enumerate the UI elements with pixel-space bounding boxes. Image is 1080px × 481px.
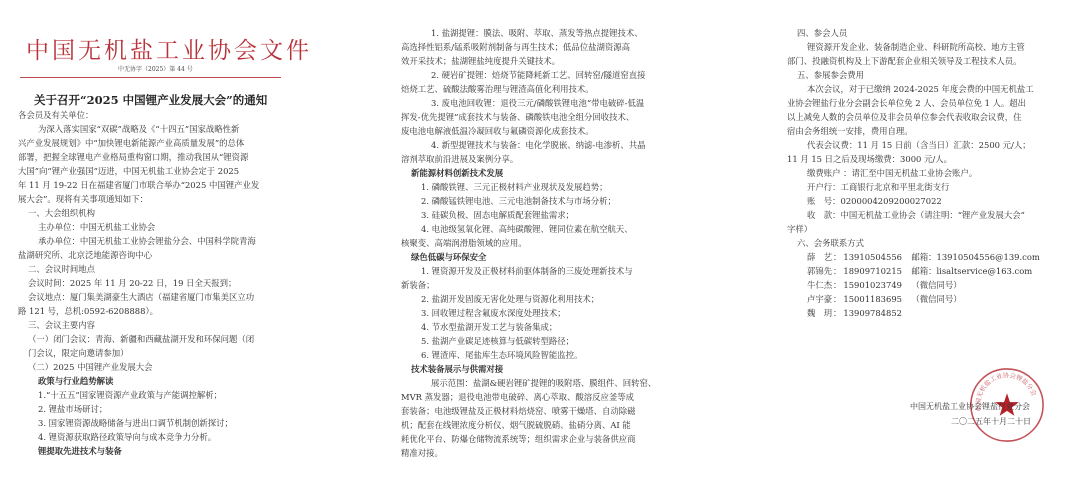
- text-line: MVR 蒸发器；退役电池带电破碎、离心萃取、酸溶反应釜等成: [401, 390, 671, 404]
- text-line: 以上减免人数的会员单位及非会员单位参会代表收取会议费，住: [787, 110, 1057, 124]
- text-line: 盐湖研究所、北京泛地能源咨询中心: [18, 248, 288, 262]
- text-line: 技术装备展示与供需对接: [401, 362, 671, 376]
- text-line: 2. 硬岩矿提锂：焙烧节能降耗新工艺、回转窑/隧道窑直接: [401, 68, 671, 82]
- text-line: 高选择性铝系/锰系吸附剂制备与再生技术；低品位盐湖资源高: [401, 40, 671, 54]
- text-line: 新能源材料创新技术发展: [401, 166, 671, 180]
- text-line: 6. 锂渣库、尾盐库生态环境风险智能监控。: [401, 348, 671, 362]
- contact-name: 薛 艺: [807, 250, 833, 264]
- separator: ：: [833, 294, 841, 304]
- notice-title: 关于召开“2025 中国锂产业发展大会”的通知: [34, 92, 267, 108]
- text-line: 开户行：工商银行北京和平里北街支行: [787, 180, 1057, 194]
- text-line: 4. 节水型盐湖开发工艺与装备集成；: [401, 320, 671, 334]
- text-line: 精准对接。: [401, 446, 671, 460]
- contact-name: 卢宇豪: [807, 292, 833, 306]
- text-line: 收 款：中国无机盐工业协会（请注明：“锂产业发展大会”: [787, 208, 1057, 222]
- header-red-rule: [20, 77, 281, 78]
- text-line: 缴费账户 ：请汇至中国无机盐工业协会账户。: [787, 166, 1057, 180]
- text-line: 焙烧工艺、硫酸法酸雾治理与锂渣高值化利用技术。: [401, 82, 671, 96]
- contact-email-label: 邮箱：: [911, 264, 936, 278]
- text-line: 年 11 月 19-22 日在福建省厦门市联合举办“2025 中国锂产业发: [18, 178, 288, 192]
- text-line: 机；配套在线锂浓度分析仪、烟气脱硫脱硝、盐硝分离、AI 能: [401, 418, 671, 432]
- separator: ：: [833, 252, 841, 262]
- page-1-body: 各会员及有关单位：为深入落实国家“双碳”战略及《“十四五”国家战略性新兴产业发展…: [18, 108, 288, 458]
- text-line: 2. 磷酸锰铁锂电池、三元电池制备技术与市场分析；: [401, 194, 671, 208]
- separator: ：: [833, 280, 841, 290]
- page-2-body: 1. 盐湖提锂：膜法、吸附、萃取、蒸发等热点提锂技术、高选择性铝系/锰系吸附剂制…: [401, 26, 671, 460]
- text-line: 大国”向“锂产业强国”迈进，中国无机盐工业协会定于 2025: [18, 164, 288, 178]
- page-3-body: 四、参会人员锂资源开发企业、装备制造企业、科研院所高校、地方主管部门、投融资机构…: [787, 26, 1057, 250]
- text-line: 部署，把握全球锂电产业格局重构窗口期，推动我国从“锂资源: [18, 150, 288, 164]
- text-line: 三、会议主要内容: [18, 318, 288, 332]
- text-line: 1.“十五五”国家锂资源产业政策与产能调控解析；: [18, 388, 288, 402]
- separator: ：: [833, 266, 841, 276]
- text-line: 新装备；: [401, 278, 671, 292]
- text-line: 绿色低碳与环保安全: [401, 250, 671, 264]
- signature-date: 二〇二五年十月二十日: [951, 416, 1031, 427]
- text-line: 一、大会组织机构: [18, 206, 288, 220]
- text-line: 4. 新型提锂技术与装备：电化学脱嵌、纳滤-电渗析、共晶: [401, 138, 671, 152]
- text-line: 字样）: [787, 222, 1057, 236]
- text-line: 二、会议时间地点: [18, 262, 288, 276]
- text-line: 账 号：0200004209200027022: [787, 194, 1057, 208]
- text-line: 3. 回收锂过程含氟废水深度处理技术；: [401, 306, 671, 320]
- text-line: 六、会务联系方式: [787, 236, 1057, 250]
- separator: ：: [833, 308, 841, 318]
- text-line: 锂提取先进技术与装备: [18, 444, 288, 458]
- signature-organization: 中国无机盐工业协会锂盐行业分会: [910, 401, 1030, 412]
- text-line: 效开采技术；盐湖锂盐纯度提升关键技术。: [401, 54, 671, 68]
- text-line: 溶剂萃取前沿进展及案例分享。: [401, 152, 671, 166]
- contact-phone: 13910504556: [841, 250, 911, 264]
- text-line: 2. 锂盐市场研讨；: [18, 402, 288, 416]
- text-line: 废电池电解液低温冷凝回收与氟磷资源化成套技术。: [401, 124, 671, 138]
- text-line: 部门、投融资机构及上下游配套企业相关领导及工程技术人员。: [787, 54, 1057, 68]
- text-line: 1. 盐湖提锂：膜法、吸附、萃取、蒸发等热点提锂技术、: [401, 26, 671, 40]
- contact-name: 牛仁杰: [807, 278, 833, 292]
- text-line: 代表会议费：11 月 15 日前（含当日）汇款：2500 元/人；: [787, 138, 1057, 152]
- text-line: 1. 锂资源开发及正极材料前驱体制备的三废处理新技术与: [401, 264, 671, 278]
- text-line: 宿由会务组统一安排，费用自理。: [787, 124, 1057, 138]
- text-line: 核聚变、高端润滑脂领域的应用。: [401, 236, 671, 250]
- document-number: 中无协字（2025）第 44 号: [118, 64, 193, 73]
- text-line: 耗优化平台、防爆仓储物流系统等；组织需求企业与装备供应商: [401, 432, 671, 446]
- text-line: 11 月 15 日之后及现场缴费：3000 元/人。: [787, 152, 1057, 166]
- text-line: 3. 硅碳负极、固态电解质配套锂盐需求；: [401, 208, 671, 222]
- contact-row: 薛 艺：13910504556邮箱：13910504556@139.com: [787, 250, 1057, 264]
- text-line: 承办单位：中国无机盐工业协会锂盐分会、中国科学院青海: [18, 234, 288, 248]
- text-line: 业协会锂盐行业分会副会长单位免 2 人、会员单位免 1 人。超出: [787, 96, 1057, 110]
- document-page-1: 中国无机盐工业协会文件 中无协字（2025）第 44 号 关于召开“2025 中…: [0, 0, 360, 481]
- contact-list: 薛 艺：13910504556邮箱：13910504556@139.com郭锦先…: [787, 250, 1057, 320]
- text-line: 本次会议，对于已缴纳 2024-2025 年度会费的中国无机盐工: [787, 82, 1057, 96]
- text-line: 四、参会人员: [787, 26, 1057, 40]
- contact-email-label: 邮箱：: [911, 250, 936, 264]
- contact-phone: 15001183695: [841, 292, 911, 306]
- text-line: 1. 磷酸铁锂、三元正极材料产业现状及发展趋势；: [401, 180, 671, 194]
- text-line: （一）闭门会议：青海、新疆和西藏盐湖开发和环保问题（闭: [18, 332, 288, 346]
- contact-row: 魏 玥：13909784852: [787, 306, 1057, 320]
- text-line: 会议时间：2025 年 11 月 20-22 日，19 日全天报到；: [18, 276, 288, 290]
- text-line: 主办单位：中国无机盐工业协会: [18, 220, 288, 234]
- contact-row: 牛仁杰：15901023749（微信同号）: [787, 278, 1057, 292]
- text-line: 兴产业发展规划》中“加快锂电新能源产业高质量发展”的总体: [18, 136, 288, 150]
- contact-phone: 15901023749: [841, 278, 911, 292]
- text-line: 展大会”。现将有关事项通知如下：: [18, 192, 288, 206]
- text-line: 3. 废电池回收锂：退役三元/磷酸铁锂电池“带电破碎-低温: [401, 96, 671, 110]
- text-line: 4. 电池级氢氧化锂、高纯碳酸锂、锂同位素在航空航天、: [401, 222, 671, 236]
- text-line: 套装备；电池级锂盐及正极材料焙烧窑、喷雾干燥塔、自动除磁: [401, 404, 671, 418]
- document-header-title: 中国无机盐工业协会文件: [26, 32, 286, 65]
- text-line: 3. 国家锂资源战略储备与进出口调节机制创新探讨；: [18, 416, 288, 430]
- contact-name: 魏 玥: [807, 306, 833, 320]
- contact-phone: 18909710215: [841, 264, 911, 278]
- text-line: 政策与行业趋势解读: [18, 374, 288, 388]
- text-line: 会议地点：厦门集美湖豪生大酒店（福建省厦门市集美区立功: [18, 290, 288, 304]
- text-line: 路 121 号，总机:0592-6208888）。: [18, 304, 288, 318]
- contact-note: （微信同号）: [911, 278, 961, 292]
- contact-row: 卢宇豪：15001183695（微信同号）: [787, 292, 1057, 306]
- document-page-3: 四、参会人员锂资源开发企业、装备制造企业、科研院所高校、地方主管部门、投融资机构…: [725, 0, 1080, 481]
- text-line: 各会员及有关单位：: [18, 108, 288, 122]
- text-line: 五、参展参会费用: [787, 68, 1057, 82]
- text-line: 门会议，限定向邀请参加）: [18, 346, 288, 360]
- text-line: 5. 盐湖产业碳足迹核算与低碳转型路径；: [401, 334, 671, 348]
- text-line: 2. 盐湖开发固废无害化处理与资源化利用技术；: [401, 292, 671, 306]
- text-line: （二）2025 中国锂产业发展大会: [18, 360, 288, 374]
- contact-note: （微信同号）: [911, 292, 961, 306]
- document-page-2: 1. 盐湖提锂：膜法、吸附、萃取、蒸发等热点提锂技术、高选择性铝系/锰系吸附剂制…: [365, 0, 725, 481]
- text-line: 为深入落实国家“双碳”战略及《“十四五”国家战略性新: [18, 122, 288, 136]
- contact-row: 郭锦先：18909710215邮箱：lisaltservice@163.com: [787, 264, 1057, 278]
- text-line: 挥发-优先提锂”成套技术与装备、磷酸铁电池全组分回收技术、: [401, 110, 671, 124]
- text-line: 4. 锂资源获取路径政策导向与成本竞争力分析。: [18, 430, 288, 444]
- contact-email[interactable]: lisaltservice@163.com: [937, 264, 1033, 278]
- text-line: 展示范围：盐湖&硬岩锂矿提锂的吸附塔、膜组件、回转窑、: [401, 376, 671, 390]
- text-line: 锂资源开发企业、装备制造企业、科研院所高校、地方主管: [787, 40, 1057, 54]
- contact-phone: 13909784852: [841, 306, 911, 320]
- contact-email[interactable]: 13910504556@139.com: [937, 250, 1040, 264]
- contact-name: 郭锦先: [807, 264, 833, 278]
